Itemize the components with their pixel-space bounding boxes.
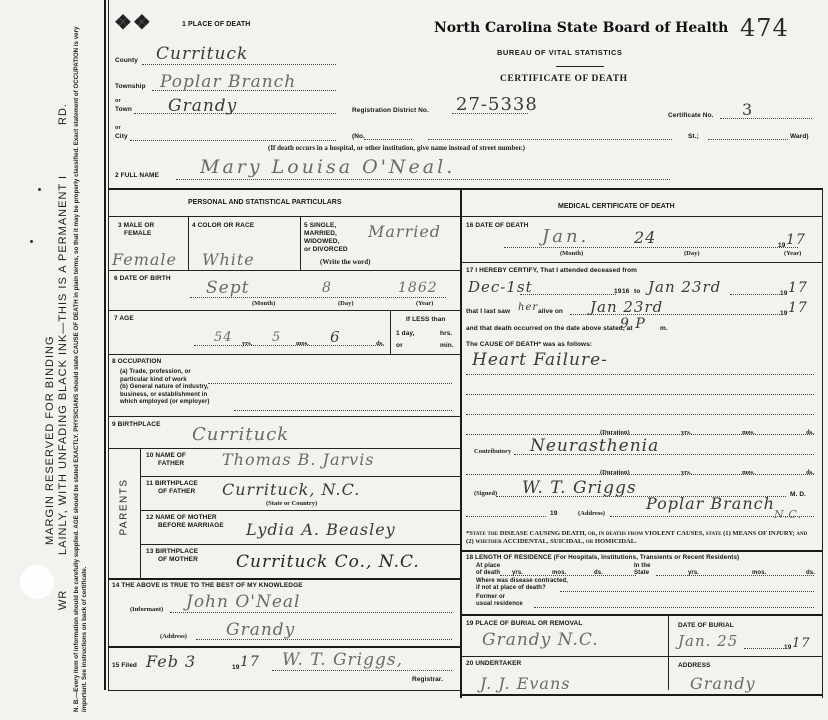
m-label: m. [660,325,668,332]
border-line [104,0,106,690]
place-of-death-label: 1 PLACE OF DEATH [182,21,250,28]
at-place-line: At place [476,563,500,570]
informant-address-value: Grandy [226,620,295,640]
age-years: 54 [214,330,233,345]
father-birthplace-label-2: OF FATHER [158,488,195,495]
mother-birthplace-value: Currituck Co., N.C. [236,552,420,572]
month-caption: (Month) [252,300,275,307]
death-occurred-label: and that death occurred on the date abov… [466,325,633,332]
occupation-b-field [234,410,452,411]
father-birthplace-label: 11 BIRTHPLACE [146,480,198,487]
last-saw-pronoun: her [518,302,538,313]
yrs-label: yrs. [681,429,691,436]
medical-heading: MEDICAL CERTIFICATE OF DEATH [558,203,675,210]
burial-date-value: Jan. 25 [678,632,738,650]
residence-label: 18 LENGTH OF RESIDENCE (For Hospitals, I… [466,554,739,561]
informant-address-label: (Address) [160,633,187,640]
parents-label: PARENTS [119,488,130,536]
dod-day: 24 [634,228,656,247]
alive-on-label: alive on [538,308,563,315]
binding-hole [20,565,54,599]
filed-date: Feb 3 [146,652,196,671]
last-saw-label: that I last saw [466,308,510,315]
from-year-prefix: 19 [614,288,621,295]
mother-name-label-2: BEFORE MARRIAGE [158,522,224,529]
title-rule [556,66,604,67]
burial-place-value: Grandy N.C. [482,630,599,650]
death-certificate-page: MARGIN RESERVED FOR BINDING WR LAINLY, W… [0,0,828,720]
mother-birthplace-label-2: OF MOTHER [158,556,198,563]
registrar-label: Registrar. [412,676,443,683]
bureau-title: BUREAU OF VITAL STATISTICS [497,48,622,57]
date-of-death-label: 16 DATE OF DEATH [466,222,528,229]
margin-write-plainly-a: WR [57,590,69,610]
to-year: 17 [788,280,808,296]
yrs-label: yrs. [242,340,252,347]
father-birthplace-value: Currituck, N.C. [222,480,360,499]
hospital-note: (If death occurs in a hospital, or other… [268,144,525,152]
township-label: Township [115,83,146,90]
marital-label: 5 SINGLE, MARRIED, WIDOWED, or DIVORCED [304,222,348,254]
county-value: Currituck [156,44,248,64]
month-caption: (Month) [560,250,583,257]
marital-value: Married [368,222,441,241]
column-divider [460,188,462,698]
age-days: 6 [330,328,341,346]
burial-place-label: 19 PLACE OF BURIAL OR REMOVAL [466,620,582,627]
contracted-line: Where was disease contracted, [476,578,568,585]
to-label: to [634,288,640,295]
registrar-signature: W. T. Griggs, [282,650,403,670]
md-label: M. D. [790,491,806,498]
last-saw-year: 17 [788,300,808,316]
day-caption: (Day) [338,300,354,307]
margin-reserved-text: MARGIN RESERVED FOR BINDING [44,335,56,545]
ward-label: Ward) [790,133,809,140]
contributory-cause: Neurasthenia [530,436,659,456]
or-label: or [396,342,403,349]
undertaker-label: 20 UNDERTAKER [466,660,521,667]
undertaker-address-label: ADDRESS [678,662,710,669]
undertaker-value: J. J. Evans [480,674,570,693]
undertaker-address-value: Grandy [690,674,756,693]
physician-address-2: N.C. [774,508,802,521]
town-label: Town [115,106,132,113]
full-name-value: Mary Louisa O'Neal. [200,156,455,178]
age-label: 7 AGE [114,315,134,322]
certificate-number-value: 3 [742,100,753,119]
marital-label-line: WIDOWED, [304,238,348,246]
marital-label-line: or DIVORCED [304,246,348,254]
filed-year-prefix: 19 [232,664,239,671]
yrs-label: yrs. [688,570,699,576]
dod-year: 17 [786,232,806,248]
yrs-label: yrs. [512,570,523,576]
signed-label: (Signed) [474,490,497,497]
year-prefix-label: 19 [550,510,557,517]
occupation-label: 8 OCCUPATION [112,358,161,365]
marital-label-line: 5 SINGLE, [304,222,348,230]
mother-name-value: Lydia A. Beasley [246,520,396,539]
informant-heading: 14 THE ABOVE IS TRUE TO THE BEST OF MY K… [112,582,303,589]
day-caption: (Day) [684,250,700,257]
contracted-label: Where was disease contracted, if not at … [476,578,568,592]
margin-write-plainly-b: LAINLY, WITH UNFADING BLACK INK—THIS IS … [57,175,69,555]
duration-label: (Duration) [600,429,630,436]
burial-year: 17 [792,636,811,651]
dob-day: 8 [322,280,332,296]
less-than-label: If LESS than [406,316,445,323]
county-label: County [115,57,138,64]
in-state-label: In the State [634,563,651,577]
dob-year: 1862 [398,280,438,296]
margin-dot [30,240,33,243]
filed-label: 15 Filed [112,662,137,669]
ds-label: ds. [376,340,384,347]
former-residence-label: Former or usual residence [476,594,523,608]
mother-name-label: 12 NAME OF MOTHER [146,514,217,521]
mos-label: mos. [552,570,566,576]
certify-label: 17 I HEREBY CERTIFY, That I attended dec… [466,267,637,274]
occupation-a-field [208,383,452,384]
occupation-a-label: (a) Trade, profession, or particular kin… [120,369,209,407]
sex-label-2: FEMALE [124,230,151,237]
border-line [108,0,109,690]
one-day-label: 1 day, [396,330,415,337]
date-of-birth-label: 6 DATE OF BIRTH [114,275,171,282]
right-border [822,188,823,698]
physician-address-label: (Address) [578,510,605,517]
father-name-label-2: FATHER [158,460,184,467]
physician-signature: W. T. Griggs [522,478,637,498]
street-label: St.; [688,133,699,140]
cause-footnote: *State the DISEASE CAUSING DEATH, or, in… [466,530,816,546]
race-label: 4 COLOR OR RACE [192,222,254,229]
margin-note: N. B.—Every item of information should b… [73,12,89,712]
sex-value: Female [112,250,177,269]
at-place-line: of death [476,570,500,577]
time-of-death: 9 P [620,316,646,332]
marital-label-line: MARRIED, [304,230,348,238]
ink-smudge: ❖❖ [114,10,152,34]
mos-label: mos. [296,340,309,347]
ds-label: ds. [806,469,814,476]
yrs-label: yrs. [681,469,691,476]
mother-birthplace-label: 13 BIRTHPLACE [146,548,198,555]
informant-value: John O'Neal [186,592,300,612]
ds-label: ds. [806,570,815,576]
registration-district-label: Registration District No. [352,107,429,114]
mos-label: mos. [742,429,755,436]
city-label: City [115,133,128,140]
filed-year: 17 [240,654,260,670]
dod-month: Jan. [542,226,589,247]
year-caption: (Year) [416,300,433,307]
duration-label: (Duration) [600,469,630,476]
section-border [108,188,823,190]
from-year: 16 [622,288,629,295]
dob-month: Sept [206,278,249,298]
at-place-label: At place of death [476,563,500,577]
min-label: min. [440,342,454,349]
cause-of-death: Heart Failure- [472,350,608,370]
occupation-b-line: (b) General nature of industry, [120,384,209,392]
birthplace-value: Currituck [192,424,289,445]
board-title: North Carolina State Board of Health [434,20,728,36]
in-state-line: In the [634,563,651,570]
personal-heading: PERSONAL AND STATISTICAL PARTICULARS [188,199,341,206]
former-line: Former or [476,594,523,601]
age-months: 5 [272,330,281,345]
father-name-value: Thomas B. Jarvis [222,450,375,469]
mos-label: mos. [752,570,766,576]
burial-year-prefix: 19 [784,644,791,651]
full-name-label: 2 FULL NAME [115,172,159,179]
stamp-number: 474 [740,14,789,42]
sex-label: 3 MALE OR [118,222,154,229]
occupation-b-line: which employed (or employer) [120,399,209,407]
physician-address-1: Poplar Branch [646,494,775,513]
ds-label: ds. [806,429,814,436]
informant-label: (Informant) [130,606,163,613]
certificate-title: CERTIFICATE OF DEATH [500,74,628,84]
year-caption: (Year) [784,250,801,257]
father-name-label: 10 NAME OF [146,452,186,459]
state-or-country-caption: (State or Country) [266,500,317,507]
township-value: Poplar Branch [160,72,296,92]
town-value: Grandy [168,96,237,116]
dod-year-prefix: 19 [778,242,785,249]
last-saw-year-prefix: 19 [780,310,787,317]
occupation-a-line: (a) Trade, profession, or [120,369,209,377]
birthplace-label: 9 BIRTHPLACE [112,421,161,428]
burial-date-label: DATE OF BURIAL [678,622,734,629]
marital-hint: (Write the word) [320,258,370,266]
registration-district-value: 27-5338 [456,94,538,115]
mos-label: mos. [742,469,755,476]
ds-label: ds. [594,570,603,576]
or-label: or [115,98,121,104]
contributory-label: Contributory [474,448,511,455]
occupation-a-line: particular kind of work [120,377,209,385]
occupation-b-line: business, or establishment in [120,392,209,400]
to-year-prefix: 19 [780,290,787,297]
former-line: usual residence [476,601,523,608]
in-state-line: State [634,570,651,577]
or-label: or [115,125,121,131]
hrs-label: hrs. [440,330,452,337]
cause-label: The CAUSE OF DEATH* was as follows: [466,341,592,348]
margin-dot [38,188,41,191]
attended-to: Jan 23rd [648,278,721,296]
contracted-line: if not at place of death? [476,585,568,592]
margin-write-plainly-c: RD. [57,103,69,125]
certificate-number-label: Certificate No. [668,112,714,119]
race-value: White [202,250,255,269]
